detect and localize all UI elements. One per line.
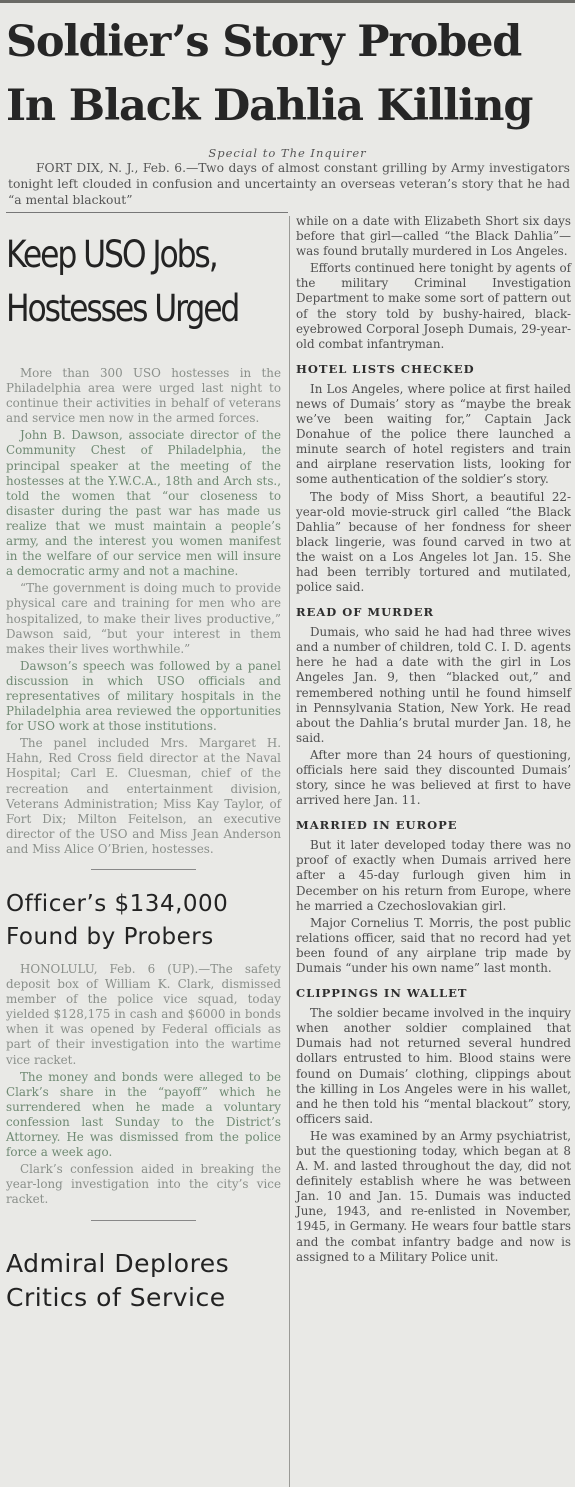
officer-story-body: HONOLULU, Feb. 6 (UP).—The safety deposi… <box>6 962 281 1208</box>
top-border <box>0 0 575 3</box>
uso-paragraph: “The government is doing much to provide… <box>6 581 281 656</box>
section-subhead: MARRIED IN EUROPE <box>296 818 571 832</box>
main-story-body: while on a date with Elizabeth Short six… <box>296 214 571 1265</box>
admiral-headline-line2: Critics of Service <box>6 1281 281 1315</box>
uso-paragraph: John B. Dawson, associate director of th… <box>6 428 281 579</box>
main-story-paragraph: The body of Miss Short, a beautiful 22-y… <box>296 490 571 596</box>
uso-paragraph: Dawson’s speech was followed by a panel … <box>6 659 281 734</box>
main-story-paragraph: In Los Angeles, where police at first ha… <box>296 382 571 488</box>
horizontal-rule <box>6 212 288 213</box>
uso-headline: Keep USO Jobs, Hostesses Urged <box>6 228 240 336</box>
officer-headline: Officer’s $134,000 Found by Probers <box>6 888 281 954</box>
left-column: Keep USO Jobs, Hostesses Urged More than… <box>6 218 281 1315</box>
uso-paragraph: The panel included Mrs. Margaret H. Hahn… <box>6 736 281 857</box>
story-divider <box>91 869 196 870</box>
uso-story-body: More than 300 USO hostesses in the Phila… <box>6 366 281 857</box>
uso-headline-line1: Keep USO Jobs, <box>6 228 240 282</box>
main-story-paragraph: Major Cornelius T. Morris, the post publ… <box>296 916 571 976</box>
officer-paragraph: HONOLULU, Feb. 6 (UP).—The safety deposi… <box>6 962 281 1068</box>
officer-paragraph: Clark’s confession aided in breaking the… <box>6 1162 281 1207</box>
admiral-headline: Admiral Deplores Critics of Service <box>6 1247 281 1315</box>
main-headline-line1: Soldier’s Story Probed <box>6 10 571 74</box>
main-story-paragraph: But it later developed today there was n… <box>296 838 571 913</box>
main-story-paragraph: The soldier became involved in the inqui… <box>296 1006 571 1127</box>
main-story-lead: FORT DIX, N. J., Feb. 6.—Two days of alm… <box>8 160 570 208</box>
main-story-paragraph: Efforts continued here tonight by agents… <box>296 261 571 352</box>
main-story-paragraph: After more than 24 hours of questioning,… <box>296 748 571 808</box>
section-subhead: CLIPPINGS IN WALLET <box>296 986 571 1000</box>
right-column: while on a date with Elizabeth Short six… <box>296 214 571 1267</box>
main-story-paragraph: Dumais, who said he had had three wives … <box>296 625 571 746</box>
uso-headline-line2: Hostesses Urged <box>6 282 240 336</box>
section-subhead: HOTEL LISTS CHECKED <box>296 362 571 376</box>
officer-paragraph: The money and bonds were alleged to be C… <box>6 1070 281 1161</box>
column-rule <box>289 216 290 1487</box>
story-divider <box>91 1220 196 1221</box>
main-story-paragraph: He was examined by an Army psychiatrist,… <box>296 1129 571 1265</box>
officer-headline-line2: Found by Probers <box>6 921 281 954</box>
main-headline: Soldier’s Story Probed In Black Dahlia K… <box>6 10 571 138</box>
credit-line: Special to The Inquirer <box>0 146 575 160</box>
admiral-headline-line1: Admiral Deplores <box>6 1247 281 1281</box>
officer-headline-line1: Officer’s $134,000 <box>6 888 281 921</box>
main-headline-line2: In Black Dahlia Killing <box>6 74 571 138</box>
section-subhead: READ OF MURDER <box>296 605 571 619</box>
main-story-paragraph: while on a date with Elizabeth Short six… <box>296 214 571 259</box>
uso-paragraph: More than 300 USO hostesses in the Phila… <box>6 366 281 426</box>
